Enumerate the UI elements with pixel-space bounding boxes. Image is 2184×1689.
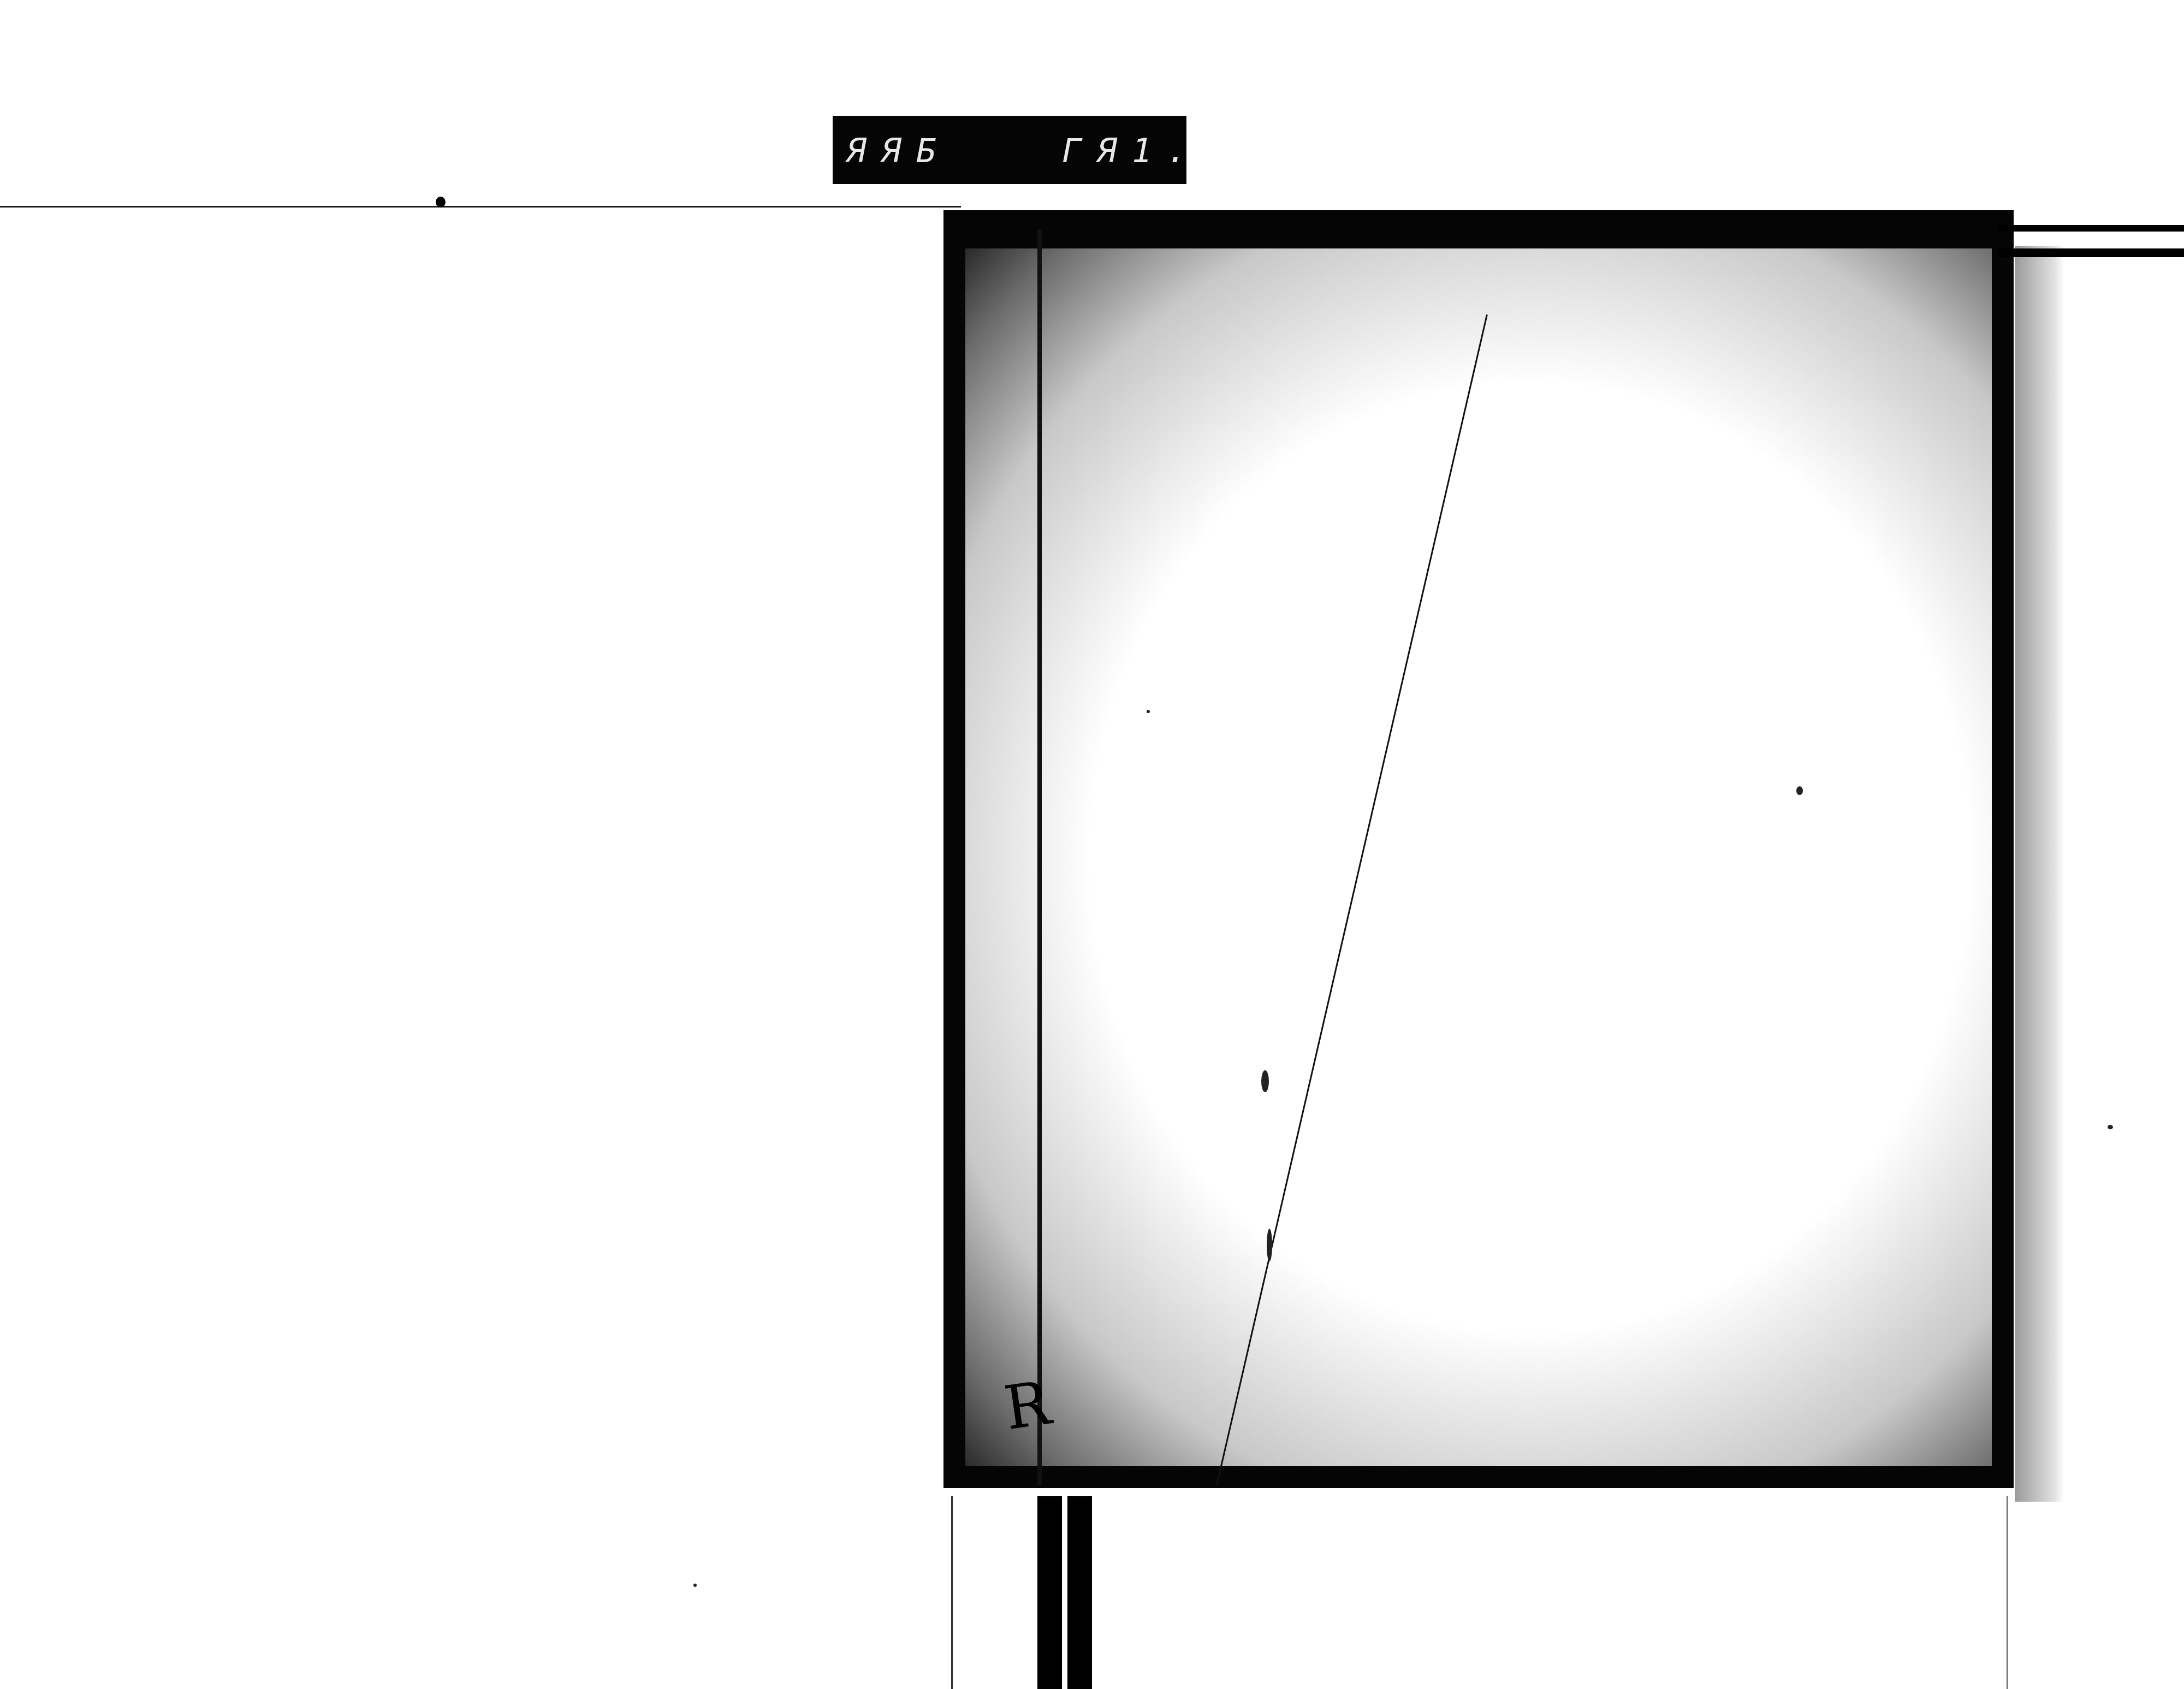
bottom-left-rule [951, 1496, 953, 1689]
bottom-right-rule [2007, 1496, 2008, 1689]
speck [1147, 710, 1150, 713]
film-label-left-code: ЯЯБ [846, 132, 951, 170]
lead-strip-left [1037, 1496, 1062, 1689]
speck [693, 1584, 697, 1587]
speck [1261, 1070, 1269, 1092]
inner-vertical-strip [1037, 229, 1042, 1485]
speck [1796, 786, 1803, 795]
film-frame [943, 210, 2014, 1488]
lead-strip-right [1067, 1496, 1092, 1689]
wire-upper [1998, 225, 2184, 232]
film-label-right-code: ГЯ1. [1062, 132, 1202, 170]
scan-blot [436, 197, 446, 208]
film-label: ЯЯБ ГЯ1. [833, 116, 1186, 184]
right-side-shading [2015, 246, 2064, 1502]
horizontal-scan-line [0, 206, 961, 208]
wire-lower [1998, 248, 2184, 257]
speck [2108, 1125, 2113, 1129]
handwritten-mark: R [1000, 1368, 1054, 1443]
speck [1267, 1229, 1272, 1261]
